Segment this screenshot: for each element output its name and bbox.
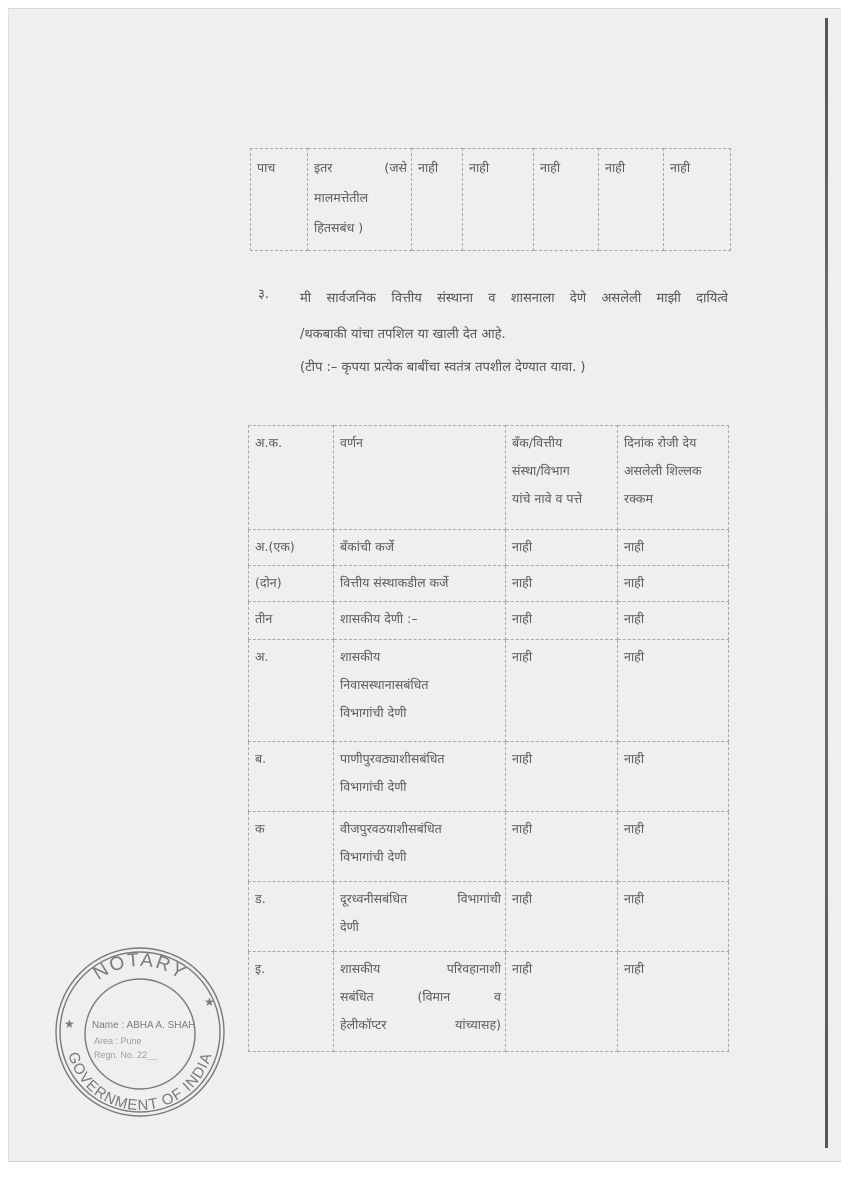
serial-cell: अ.(एक)	[249, 530, 334, 566]
table-row: ब.पाणीपुरवठ्याशीसबंधितविभागांची देणीनाही…	[249, 742, 729, 812]
table-row: ड.दूरध्वनीसबंधित विभागांचीदेणीनाहीनाही	[249, 882, 729, 952]
description-cell: शासकीय परिवहानाशीसबंधित (विमान वहेलीकॉप्…	[334, 952, 506, 1052]
institution-cell: नाही	[506, 602, 618, 640]
serial-cell: (दोन)	[249, 566, 334, 602]
serial-cell: पाच	[251, 149, 308, 251]
value-cell: नाही	[534, 149, 599, 251]
institution-cell: नाही	[506, 812, 618, 882]
table-row: (दोन)वित्तीय संस्थाकडील कर्जेनाहीनाही	[249, 566, 729, 602]
description-cell: वित्तीय संस्थाकडील कर्जे	[334, 566, 506, 602]
amount-cell: नाही	[618, 742, 729, 812]
notary-stamp: NOTARY GOVERNMENT OF INDIA ★ ★ Name : AB…	[52, 944, 227, 1119]
description-cell: दूरध्वनीसबंधित विभागांचीदेणी	[334, 882, 506, 952]
section-number: ३.	[258, 284, 269, 302]
section-text-line-2: /थकबाकी यांचा तपशिल या खाली देत आहे.	[300, 320, 506, 350]
header-serial: अ.क.	[249, 426, 334, 530]
amount-cell: नाही	[618, 640, 729, 742]
value-cell: नाही	[412, 149, 463, 251]
section-text-line-1: मी सार्वजनिक वित्तीय संस्थाना व शासनाला …	[300, 284, 728, 314]
institution-cell: नाही	[506, 882, 618, 952]
value-cell: नाही	[664, 149, 731, 251]
description-cell: शासकीय देणी :–	[334, 602, 506, 640]
serial-cell: तीन	[249, 602, 334, 640]
table-row: पाच इतर (जसे मालमत्तेतील हितसबंध ) नाही …	[251, 149, 731, 251]
stamp-name-line: Name : ABHA A. SHAH	[92, 1020, 195, 1031]
value-cell: नाही	[599, 149, 664, 251]
institution-cell: नाही	[506, 640, 618, 742]
value-cell: नाही	[463, 149, 534, 251]
star-icon: ★	[64, 1017, 75, 1031]
table-header-row: अ.क. वर्णन बँक/वित्तीय संस्था/विभाग यांच…	[249, 426, 729, 530]
serial-cell: अ.	[249, 640, 334, 742]
table-row: तीनशासकीय देणी :–नाहीनाही	[249, 602, 729, 640]
table-row: इ.शासकीय परिवहानाशीसबंधित (विमान वहेलीकॉ…	[249, 952, 729, 1052]
amount-cell: नाही	[618, 812, 729, 882]
stamp-regn-line: Regn. No. 22__	[94, 1050, 158, 1060]
amount-cell: नाही	[618, 602, 729, 640]
amount-cell: नाही	[618, 566, 729, 602]
table-row: अ.(एक)बँकांची कर्जेनाहीनाही	[249, 530, 729, 566]
section-note: (टीप :– कृपया प्रत्येक बाबींचा स्वतंत्र …	[300, 353, 585, 383]
header-description: वर्णन	[334, 426, 506, 530]
institution-cell: नाही	[506, 566, 618, 602]
header-amount: दिनांक रोजी देय असलेली शिल्लक रक्कम	[618, 426, 729, 530]
table-row: कवीजपुरवठयाशीसबंधितविभागांची देणीनाहीनाह…	[249, 812, 729, 882]
serial-cell: ब.	[249, 742, 334, 812]
assets-table: पाच इतर (जसे मालमत्तेतील हितसबंध ) नाही …	[250, 148, 731, 251]
description-cell: वीजपुरवठयाशीसबंधितविभागांची देणी	[334, 812, 506, 882]
page-margin-line	[825, 18, 828, 1148]
institution-cell: नाही	[506, 952, 618, 1052]
amount-cell: नाही	[618, 530, 729, 566]
liabilities-table: अ.क. वर्णन बँक/वित्तीय संस्था/विभाग यांच…	[248, 425, 729, 1052]
description-cell: बँकांची कर्जे	[334, 530, 506, 566]
table-row: अ.शासकीयनिवासस्थानासबंधितविभागांची देणीन…	[249, 640, 729, 742]
amount-cell: नाही	[618, 952, 729, 1052]
amount-cell: नाही	[618, 882, 729, 952]
serial-cell: क	[249, 812, 334, 882]
description-cell: शासकीयनिवासस्थानासबंधितविभागांची देणी	[334, 640, 506, 742]
description-cell: इतर (जसे मालमत्तेतील हितसबंध )	[308, 149, 412, 251]
serial-cell: इ.	[249, 952, 334, 1052]
serial-cell: ड.	[249, 882, 334, 952]
institution-cell: नाही	[506, 530, 618, 566]
stamp-area-line: Area : Pune	[94, 1036, 142, 1046]
institution-cell: नाही	[506, 742, 618, 812]
star-icon: ★	[204, 995, 215, 1009]
header-institution: बँक/वित्तीय संस्था/विभाग यांचे नावे व पत…	[506, 426, 618, 530]
description-cell: पाणीपुरवठ्याशीसबंधितविभागांची देणी	[334, 742, 506, 812]
